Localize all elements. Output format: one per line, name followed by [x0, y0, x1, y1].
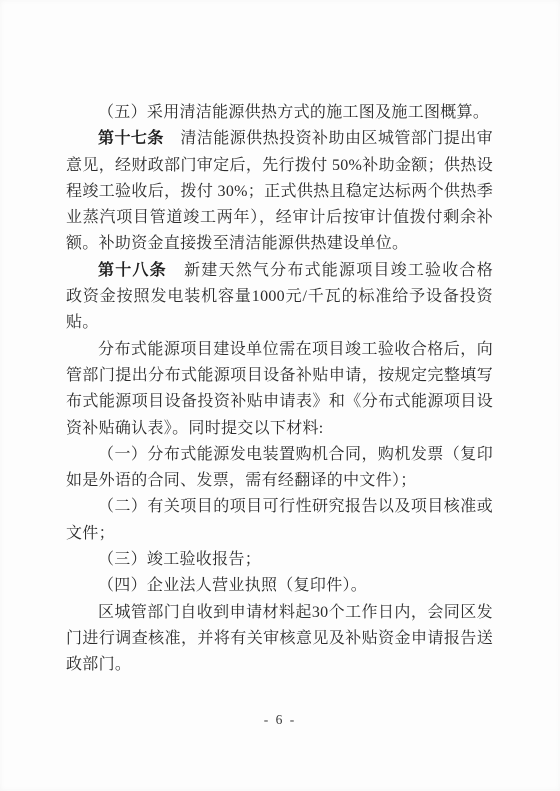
document-page: （五）采用清洁能源供热方式的施工图及施工图概算。 第十七条 清洁能源供热投资补助…: [0, 0, 560, 791]
line-text: （四）企业法人营业执照（复印件）。: [98, 577, 367, 594]
document-text-line: （二）有关项目的项目可行性研究报告以及项目核准或审批: [66, 494, 493, 520]
line-text: 资补贴确认表》。同时提交以下材料:: [66, 420, 324, 437]
line-text: 业蒸汽项目管道竣工两年），经审计后按审计值拨付剩余补助金: [66, 209, 493, 231]
document-text-line: （一）分布式能源发电装置购机合同，购机发票（复印件，: [66, 442, 493, 468]
line-text: 贴。: [66, 314, 99, 331]
line-text: （一）分布式能源发电装置购机合同，购机发票（复印件，: [66, 446, 493, 468]
document-text-line: 贴。: [66, 310, 493, 336]
article-number-bold: 第十七条: [98, 130, 164, 147]
document-text-line: 程竣工验收后，拨付 30%；正式供热且稳定达标两个供热季（工: [66, 179, 493, 205]
line-text: 分布式能源项目建设单位需在项目竣工验收合格后，向区城: [66, 341, 493, 363]
document-text-line: 资补贴确认表》。同时提交以下材料:: [66, 416, 493, 442]
line-text: （三）竣工验收报告；: [98, 551, 261, 568]
document-text-line: 如是外语的合同、发票，需有经翻译的中文件）；: [66, 468, 493, 494]
document-text-block: （五）采用清洁能源供热方式的施工图及施工图概算。 第十七条 清洁能源供热投资补助…: [66, 100, 493, 679]
page-number: - 6 -: [264, 712, 297, 727]
document-text-line: 分布式能源项目建设单位需在项目竣工验收合格后，向区城: [66, 337, 493, 363]
line-text: 政资金按照发电装机容量1000元/千瓦的标准给予设备投资补: [66, 288, 493, 310]
document-text-line: （三）竣工验收报告；: [66, 547, 493, 573]
document-text-line: （四）企业法人营业执照（复印件）。: [66, 573, 493, 599]
line-text: 文件；: [66, 525, 115, 542]
page-footer: - 6 -: [0, 712, 560, 728]
line-text: 区城管部门自收到申请材料起30个工作日内，会同区发改部: [66, 604, 493, 626]
document-text-line: 第十八条 新建天然气分布式能源项目竣工验收合格后，财: [66, 258, 493, 284]
document-text-line: 布式能源项目设备投资补贴申请表》和《分布式能源项目设备投: [66, 389, 493, 415]
document-text-line: 额。补助资金直接拨至清洁能源供热建设单位。: [66, 231, 493, 257]
line-text: 门进行调查核准，并将有关审核意见及补贴资金申请报告送区财: [66, 630, 493, 652]
line-text: （五）采用清洁能源供热方式的施工图及施工图概算。: [98, 104, 489, 121]
line-text: 额。补助资金直接拨至清洁能源供热建设单位。: [66, 235, 408, 252]
document-text-line: 政资金按照发电装机容量1000元/千瓦的标准给予设备投资补: [66, 284, 493, 310]
document-text-line: 政部门。: [66, 652, 493, 678]
document-text-line: 第十七条 清洁能源供热投资补助由区城管部门提出审核: [66, 126, 493, 152]
document-text-line: 业蒸汽项目管道竣工两年），经审计后按审计值拨付剩余补助金: [66, 205, 493, 231]
line-text: （二）有关项目的项目可行性研究报告以及项目核准或审批: [66, 498, 493, 520]
line-text: 如是外语的合同、发票，需有经翻译的中文件）；: [66, 472, 417, 489]
document-text-line: 管部门提出分布式能源项目设备补贴申请，按规定完整填写《分: [66, 363, 493, 389]
document-text-line: （五）采用清洁能源供热方式的施工图及施工图概算。: [66, 100, 493, 126]
line-text: 政部门。: [66, 656, 131, 673]
document-text-line: 门进行调查核准，并将有关审核意见及补贴资金申请报告送区财: [66, 626, 493, 652]
document-text-line: 区城管部门自收到申请材料起30个工作日内，会同区发改部: [66, 600, 493, 626]
document-text-line: 意见，经财政部门审定后，先行拨付 50%补助金额；供热设施工: [66, 153, 493, 179]
line-text: 意见，经财政部门审定后，先行拨付 50%补助金额；供热设施工: [66, 157, 493, 179]
line-text: 程竣工验收后，拨付 30%；正式供热且稳定达标两个供热季（工: [66, 183, 493, 205]
line-text: 管部门提出分布式能源项目设备补贴申请，按规定完整填写《分: [66, 367, 493, 389]
line-text: 布式能源项目设备投资补贴申请表》和《分布式能源项目设备投: [66, 393, 493, 415]
article-number-bold: 第十八条: [98, 262, 167, 279]
document-text-line: 文件；: [66, 521, 493, 547]
